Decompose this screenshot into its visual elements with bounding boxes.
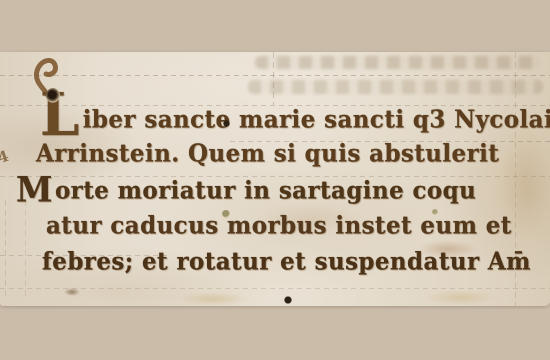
script-line-1: Liber sancte marie sancti q3 Nycolai in [40,103,550,132]
script-line-1-text: iber sancte marie sancti q3 Nycolai in [83,105,550,134]
script-line-5: febres; et rotatur et suspendatur Am̄ [42,249,531,273]
parchment-hole-small [223,120,230,127]
script-line-4-text: atur caducus morbus instet eum et [46,211,512,240]
script-line-2: Arrinstein. Quem si quis abstulerit [36,141,499,165]
parchment-hole [46,88,60,103]
illuminated-initial-L: L [40,103,80,127]
pin-hole [222,210,230,218]
show-through-text [255,56,540,69]
script-line-2-text: Arrinstein. Quem si quis abstulerit [36,139,499,168]
parchment-hole-small [284,296,292,304]
stain [425,290,495,305]
script-line-3: Morte moriatur in sartagine coqu [16,177,476,202]
pin-hole [432,209,438,215]
margin-mark: 4 [0,147,11,167]
script-line-5-text: febres; et rotatur et suspendatur Am̄ [42,247,531,276]
parchment: 4 Liber sancte marie sancti q3 Nycolai i… [0,52,550,306]
manuscript-photo: 4 Liber sancte marie sancti q3 Nycolai i… [0,0,550,360]
initial-M: M [16,177,53,201]
show-through-text [248,80,543,94]
ruling-line-vertical [5,200,6,300]
script-line-3-text: orte moriatur in sartagine coqu [55,176,476,205]
script-line-4: atur caducus morbus instet eum et [46,213,512,237]
ruling-line-vertical [25,200,26,300]
ruling-line-horizontal [0,75,550,76]
ruling-line-horizontal [0,288,550,289]
stain [178,292,248,306]
stain [64,288,80,296]
